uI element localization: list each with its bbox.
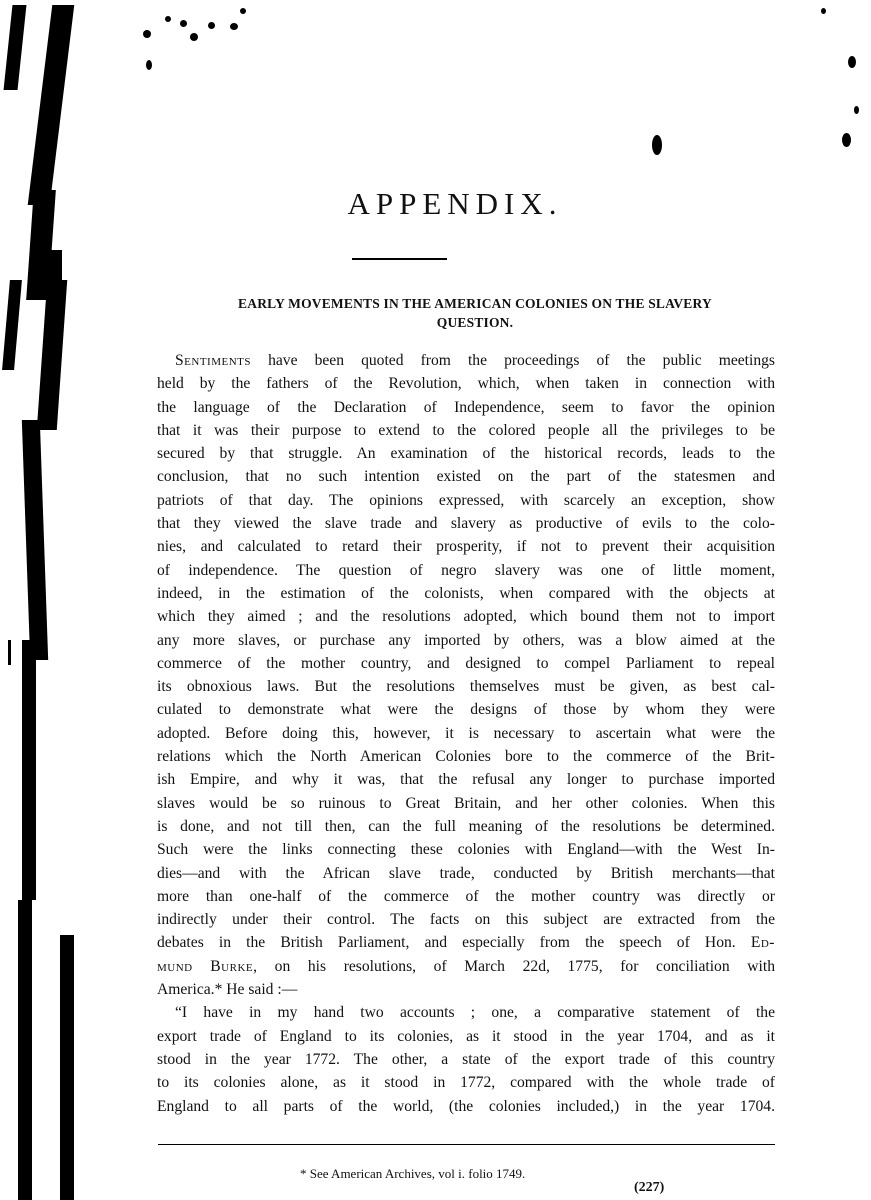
paragraph-line: that they viewed the slave trade and sla… (157, 512, 775, 535)
footnote-rule (158, 1144, 775, 1145)
paragraph-line: Sentiments have been quoted from the pro… (157, 349, 775, 372)
paragraph-line: commerce of the mother country, and desi… (157, 652, 775, 675)
paragraph-line: relations which the North American Colon… (157, 745, 775, 768)
binding-shadow (22, 420, 48, 660)
paragraph-line: its obnoxious laws. But the resolutions … (157, 675, 775, 698)
ink-speck (165, 16, 171, 22)
paragraph-line: adopted. Before doing this, however, it … (157, 722, 775, 745)
ink-speck (652, 135, 662, 155)
quote-line: to its colonies alone, as it stood in 17… (157, 1071, 775, 1094)
binding-shadow (4, 5, 27, 90)
paragraph-line: more than one-half of the commerce of th… (157, 885, 775, 908)
ink-speck (230, 23, 238, 30)
ink-speck (208, 22, 215, 29)
ink-speck (240, 8, 246, 14)
ink-speck (190, 33, 198, 41)
paragraph-line: any more slaves, or purchase any importe… (157, 629, 775, 652)
paragraph-line: secured by that struggle. An examination… (157, 442, 775, 465)
paragraph-line: is done, and not till then, can the full… (157, 815, 775, 838)
quote-line: “I have in my hand two accounts ; one, a… (157, 1001, 775, 1024)
paragraph-line: debates in the British Parliament, and e… (157, 931, 775, 954)
quote-line: export trade of England to its colonies,… (157, 1025, 775, 1048)
paragraph-line: the language of the Declaration of Indep… (157, 396, 775, 419)
footnote: * See American Archives, vol i. folio 17… (300, 1166, 525, 1182)
paragraph-line: mund Burke, on his resolutions, of March… (157, 955, 775, 978)
paragraph-line: that it was their purpose to extend to t… (157, 419, 775, 442)
binding-shadow (18, 900, 32, 1200)
ink-speck (842, 133, 851, 147)
section-heading-line-1: EARLY MOVEMENTS IN THE AMERICAN COLONIES… (160, 294, 790, 313)
paragraph-line: indirectly under their control. The fact… (157, 908, 775, 931)
paragraph-line: culated to demonstrate what were the des… (157, 698, 775, 721)
paragraph-line: dies—and with the African slave trade, c… (157, 862, 775, 885)
paragraph-line: ish Empire, and why it was, that the ref… (157, 768, 775, 791)
binding-shadow (2, 280, 22, 370)
paragraph-line: indeed, in the estimation of the colonis… (157, 582, 775, 605)
quote-line: England to all parts of the world, (the … (157, 1095, 775, 1118)
page-title: APPENDIX. (300, 186, 610, 222)
binding-shadow (60, 935, 74, 1200)
ink-speck (848, 56, 856, 68)
paragraph-line: held by the fathers of the Revolution, w… (157, 372, 775, 395)
binding-shadow (22, 640, 36, 900)
paragraph-line: of independence. The question of negro s… (157, 559, 775, 582)
scanned-book-page: APPENDIX. EARLY MOVEMENTS IN THE AMERICA… (0, 0, 871, 1200)
paragraph-line: America.* He said :— (157, 978, 775, 1001)
paragraph-line: which they aimed ; and the resolutions a… (157, 605, 775, 628)
quote-line: stood in the year 1772. The other, a sta… (157, 1048, 775, 1071)
ink-speck (821, 8, 826, 14)
ink-speck (146, 60, 152, 70)
paragraph-line: Such were the links connecting these col… (157, 838, 775, 861)
paragraph-line: slaves would be so ruinous to Great Brit… (157, 792, 775, 815)
page-number: (227) (634, 1180, 664, 1196)
ink-speck (143, 30, 151, 38)
paragraph-line: conclusion, that no such intention exist… (157, 465, 775, 488)
section-heading-line-2: QUESTION. (160, 313, 790, 332)
body-text: Sentiments have been quoted from the pro… (157, 349, 775, 1118)
title-rule (352, 258, 447, 260)
lead-word: Sentiments (175, 352, 251, 369)
paragraph-line: patriots of that day. The opinions expre… (157, 489, 775, 512)
ink-speck (854, 106, 859, 114)
ink-speck (180, 20, 187, 27)
binding-shadow (37, 280, 67, 430)
binding-shadow (28, 5, 75, 205)
paragraph-line: nies, and calculated to retard their pro… (157, 535, 775, 558)
section-heading: EARLY MOVEMENTS IN THE AMERICAN COLONIES… (160, 294, 790, 332)
binding-shadow (8, 640, 11, 665)
